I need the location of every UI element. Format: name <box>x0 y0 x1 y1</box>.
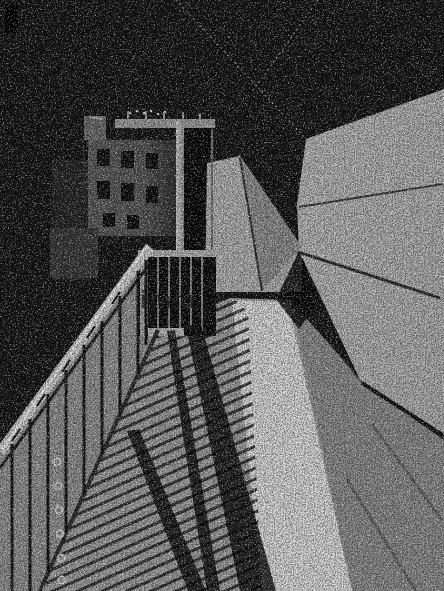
roofline-highlights <box>129 110 167 116</box>
roofline-highlight <box>90 117 102 119</box>
facade-windows <box>97 149 158 229</box>
power-cable <box>252 0 318 92</box>
watermark: imm <box>140 286 197 315</box>
wall-mortar-line <box>299 184 443 207</box>
railing-second-rail <box>0 263 150 468</box>
power-cable <box>176 0 307 140</box>
handrail-shadow-band <box>127 324 276 591</box>
balcony-photo: imm <box>0 0 444 591</box>
floor-streak <box>372 424 442 520</box>
wall-floor-junction-faint <box>300 303 362 383</box>
photo-linework <box>0 0 444 591</box>
floor-streak <box>346 478 416 591</box>
railing-ornament-scrolls <box>54 459 66 584</box>
handrail-highlight <box>2 245 148 449</box>
wall-shadow-line <box>298 252 440 298</box>
